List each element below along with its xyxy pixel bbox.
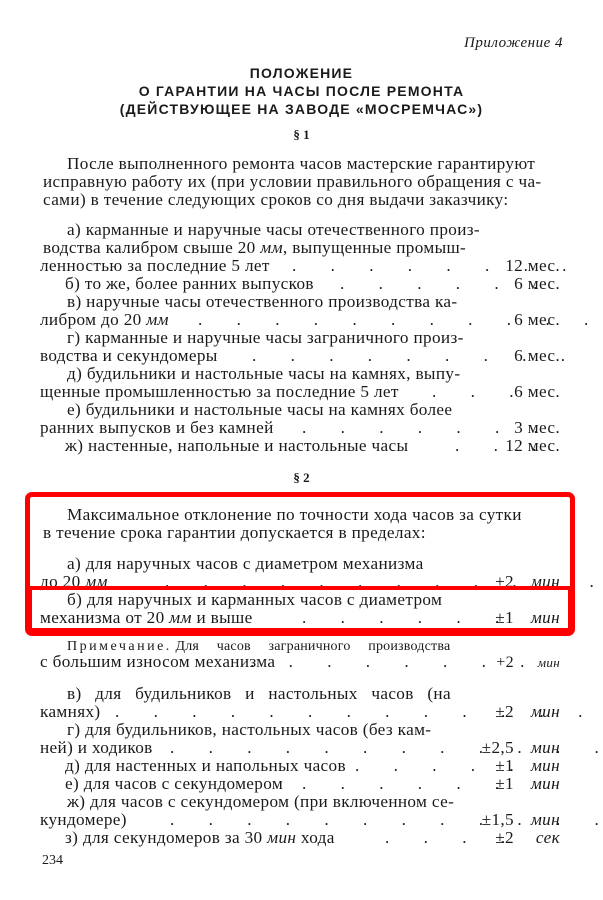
s1-item-a-line: водства калибром свыше 20 мм, выпущенные… (43, 239, 466, 257)
s1-item-v-term: 6 мес. (514, 311, 560, 329)
s2-item-zh-unit: мин (514, 811, 560, 829)
s2-item-v-value: ±2 (495, 703, 514, 721)
s1-item-g-line: г) карманные и наручные часы заграничног… (67, 329, 464, 347)
section-1-intro-line: После выполненного ремонта часов мастерс… (67, 155, 535, 173)
s1-item-a-term: 12 мес. (505, 257, 560, 275)
title-line-1: ПОЛОЖЕНИЕ (0, 64, 603, 82)
s2-item-e-unit: мин (514, 775, 560, 793)
s2-item-zh-line: ж) для часов с секундомером (при включен… (67, 793, 454, 811)
s1-item-g-term: 6 мес. (514, 347, 560, 365)
s1-item-e-line: е) будильники и настольные часы на камня… (67, 401, 452, 419)
s2-item-e-value: ±1 (495, 775, 514, 793)
s2-item-g-unit: мин (514, 739, 560, 757)
s1-item-d-line: д) будильники и настольные часы на камня… (67, 365, 460, 383)
title-line-3: (ДЕЙСТВУЮЩЕЕ НА ЗАВОДЕ «МОСРЕМЧАС») (0, 100, 603, 118)
s1-item-b-term: 6 мес. (514, 275, 560, 293)
s1-item-zh-term: 12 мес. (505, 437, 560, 455)
s2-item-v-line: в) для будильников и настольных часов (н… (67, 685, 451, 703)
section-2-heading: § 2 (0, 470, 603, 486)
s2-item-g-value: ±2,5 (482, 739, 514, 757)
s1-item-v-line: в) наручные часы отечественного производ… (67, 293, 457, 311)
s2-item-z-unit: сек (514, 829, 560, 847)
page-number: 234 (42, 853, 63, 869)
s2-item-g-line: г) для будильников, настольных часов (бе… (67, 721, 431, 739)
s2-item-d-unit: мин (514, 757, 560, 775)
s2-item-d-value: ±1 (495, 757, 514, 775)
s2-item-v-unit: мин (514, 703, 560, 721)
s2-item-zh-value: ±1,5 (482, 811, 514, 829)
section-1-heading: § 1 (0, 127, 603, 143)
s1-item-d-term: 6 мес. (514, 383, 560, 401)
highlight-box-inner (28, 586, 572, 632)
s2-item-z-value: ±2 (495, 829, 514, 847)
note-unit: мин (514, 654, 560, 672)
s1-item-a-line: а) карманные и наручные часы отечественн… (67, 221, 480, 239)
note-value: +2 (496, 654, 514, 672)
section-1-intro-line: исправную работу их (при условии правиль… (43, 173, 542, 191)
appendix-label: Приложение 4 (464, 35, 563, 52)
document-page: Приложение 4 ПОЛОЖЕНИЕ О ГАРАНТИИ НА ЧАС… (0, 0, 603, 900)
section-1-intro-line: сами) в течение следующих сроков со дня … (43, 191, 508, 209)
s1-item-e-term: 3 мес. (514, 419, 560, 437)
title-line-2: О ГАРАНТИИ НА ЧАСЫ ПОСЛЕ РЕМОНТА (0, 82, 603, 100)
